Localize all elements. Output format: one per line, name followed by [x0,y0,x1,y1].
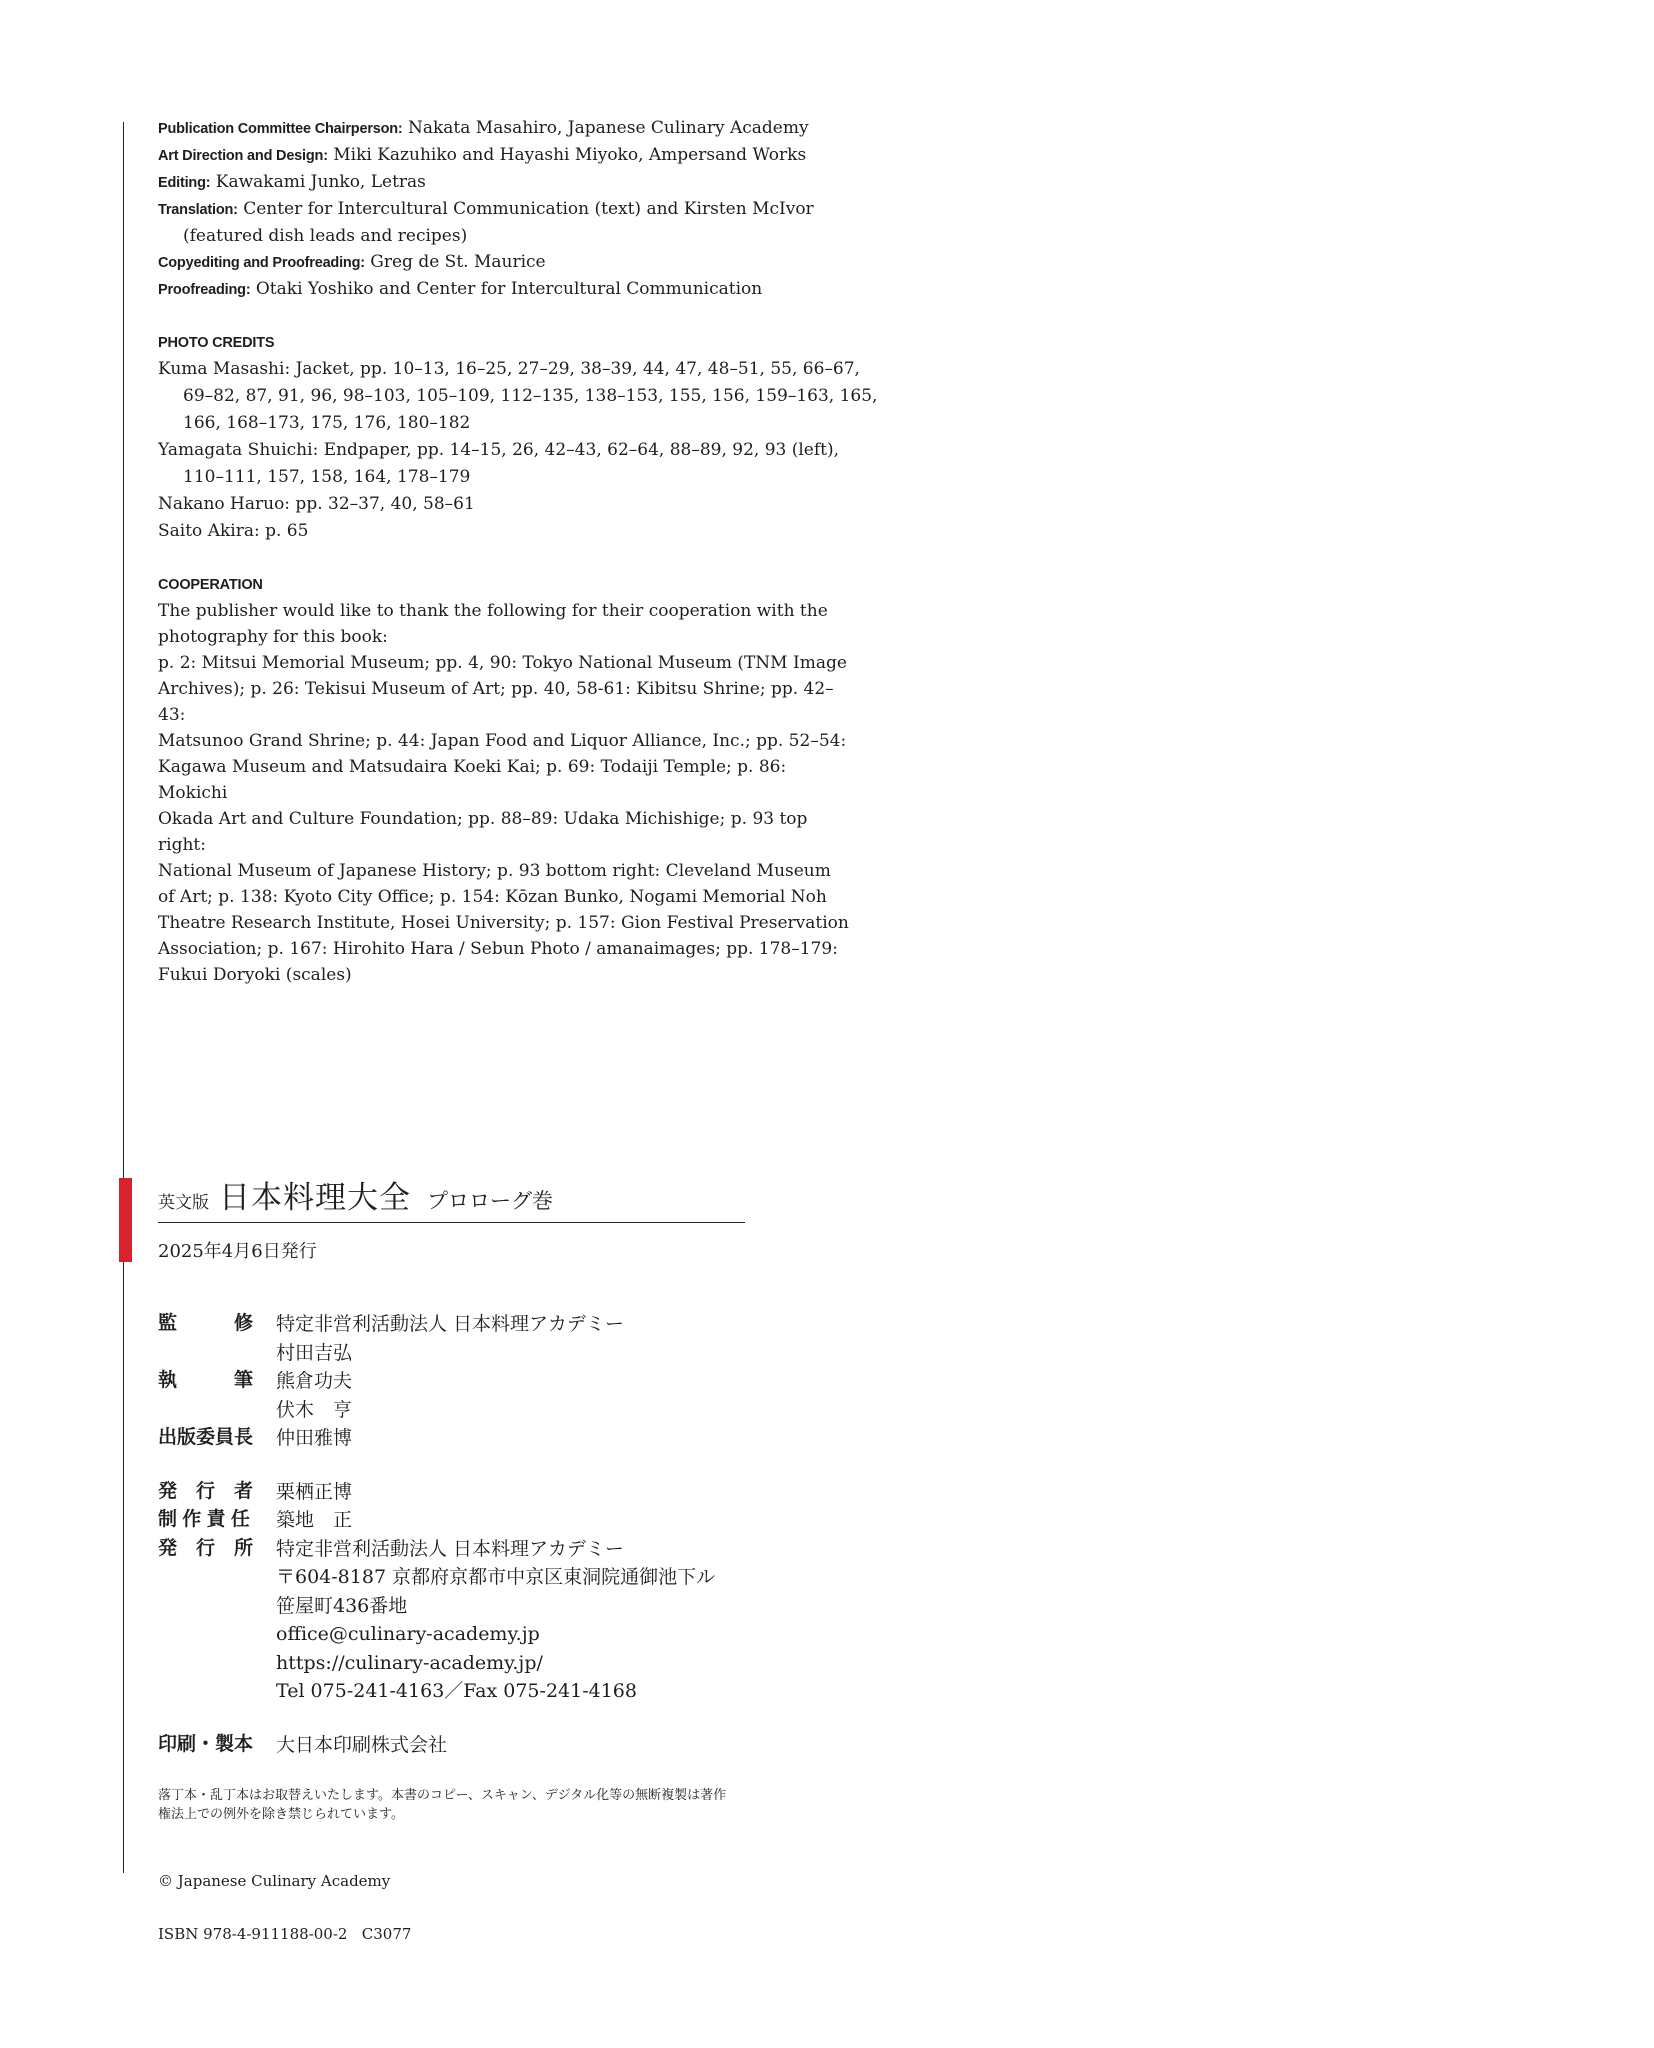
photo-credits-section: PHOTO CREDITS Kuma Masashi: Jacket, pp. … [158,330,898,545]
colophon-row: 発 行 所特定非営利活動法人 日本料理アカデミー [158,1535,715,1564]
photo-credit-line: Saito Akira: p. 65 [158,518,898,545]
colophon-row-value publisher-address: 笹屋町436番地 [276,1592,407,1621]
left-margin-rule [123,122,124,1873]
credit-value: Nakata Masahiro, Japanese Culinary Acade… [408,118,809,138]
colophon-row: 〒604-8187 京都府京都市中京区東洞院通御池下ル [158,1563,715,1592]
colophon-row-label: 出版委員長 [158,1424,276,1453]
cooperation-line: photography for this book: [158,624,858,650]
credit-line: Editing: Kawakami Junko, Letras [158,169,898,196]
photo-credit-line: Kuma Masashi: Jacket, pp. 10–13, 16–25, … [158,356,898,383]
photo-credits-heading: PHOTO CREDITS [158,330,898,356]
colophon-row-label [158,1677,276,1706]
colophon-row-value publisher-address: 〒604-8187 京都府京都市中京区東洞院通御池下ル [276,1563,715,1592]
credit-label: Editing: [158,175,210,191]
cooperation-heading: COOPERATION [158,572,858,598]
cooperation-line: Association; p. 167: Hirohito Hara / Seb… [158,936,858,962]
credit-value: Center for Intercultural Communication (… [243,199,814,219]
colophon-row-label [158,1396,276,1425]
colophon-row-label [158,1339,276,1368]
colophon-row: 監 修特定非営利活動法人 日本料理アカデミー [158,1310,715,1339]
red-accent-bar [119,1178,132,1262]
colophon-page: Publication Committee Chairperson: Nakat… [0,0,1654,2048]
credit-line: Art Direction and Design: Miki Kazuhiko … [158,142,898,169]
colophon-row-value: 村田吉弘 [276,1339,352,1368]
cooperation-line: Fukui Doryoki (scales) [158,962,858,988]
isbn-line: ISBN 978-4-911188-00-2 C3077 [158,1926,411,1944]
cooperation-section: COOPERATION The publisher would like to … [158,572,858,988]
photo-credit-line: 110–111, 157, 158, 164, 178–179 [158,464,898,491]
cooperation-line: Kagawa Museum and Matsudaira Koeki Kai; … [158,754,858,806]
colophon-row-label [158,1649,276,1678]
book-title: 日本料理大全 [219,1172,411,1217]
legal-notice: 落丁本・乱丁本はお取替えいたします。本書のコピー、スキャン、デジタル化等の無断複… [158,1785,838,1823]
colophon-row: 笹屋町436番地 [158,1592,715,1621]
credit-value: Otaki Yoshiko and Center for Intercultur… [256,279,762,299]
colophon-row-value: 特定非営利活動法人 日本料理アカデミー [276,1310,624,1339]
cooperation-line: p. 2: Mitsui Memorial Museum; pp. 4, 90:… [158,650,858,676]
colophon-row: 発 行 者栗栖正博 [158,1478,715,1507]
credit-line-continuation: (featured dish leads and recipes) [158,223,898,249]
credit-line: Copyediting and Proofreading: Greg de St… [158,249,898,276]
copyright-line: © Japanese Culinary Academy [158,1873,411,1891]
photo-credit-line: 69–82, 87, 91, 96, 98–103, 105–109, 112–… [158,383,898,410]
photo-credit-line: Nakano Haruo: pp. 32–37, 40, 58–61 [158,491,898,518]
colophon-row: 印刷・製本大日本印刷株式会社 [158,1731,715,1760]
credit-line: Publication Committee Chairperson: Nakat… [158,115,898,142]
colophon-row-label: 発 行 者 [158,1478,276,1507]
colophon-row-label: 監 修 [158,1310,276,1339]
publication-credits: Publication Committee Chairperson: Nakat… [158,115,898,303]
colophon-row-label: 制 作 責 任 [158,1506,276,1535]
colophon-row-label: 執 筆 [158,1367,276,1396]
cooperation-line: of Art; p. 138: Kyoto City Office; p. 15… [158,884,858,910]
colophon-row-value: 築地 正 [276,1506,352,1535]
colophon-row: 執 筆熊倉功夫 [158,1367,715,1396]
colophon-row-value: 熊倉功夫 [276,1367,352,1396]
publisher-email: office@culinary-academy.jp [276,1620,540,1649]
colophon-row-value: 特定非営利活動法人 日本料理アカデミー [276,1535,624,1564]
copyright-isbn-block: © Japanese Culinary Academy ISBN 978-4-9… [158,1838,411,1978]
colophon-row-label: 発 行 所 [158,1535,276,1564]
cooperation-line: Okada Art and Culture Foundation; pp. 88… [158,806,858,858]
cooperation-line: Theatre Research Institute, Hosei Univer… [158,910,858,936]
colophon-row: 伏木 亨 [158,1396,715,1425]
book-title-block: 英文版 日本料理大全 プロローグ巻 [158,1172,745,1223]
issue-date: 2025年4月6日発行 [158,1237,317,1263]
colophon-row-value: 栗栖正博 [276,1478,352,1507]
edition-label: 英文版 [158,1188,209,1213]
credit-label: Copyediting and Proofreading: [158,255,365,271]
cooperation-line: Archives); p. 26: Tekisui Museum of Art;… [158,676,858,728]
colophon-row: 出版委員長仲田雅博 [158,1424,715,1453]
colophon-row-label [158,1620,276,1649]
book-subtitle: プロローグ巻 [427,1185,553,1215]
colophon-row-value: 大日本印刷株式会社 [276,1731,447,1760]
colophon-row: Tel 075-241-4163／Fax 075-241-4168 [158,1677,715,1706]
colophon-row: https://culinary-academy.jp/ [158,1649,715,1678]
credit-line: Proofreading: Otaki Yoshiko and Center f… [158,276,898,303]
photo-credit-line: Yamagata Shuichi: Endpaper, pp. 14–15, 2… [158,437,898,464]
colophon-row-label [158,1592,276,1621]
japanese-colophon-rows: 監 修特定非営利活動法人 日本料理アカデミー 村田吉弘 執 筆熊倉功夫 伏木 亨… [158,1310,715,1759]
colophon-row-label [158,1563,276,1592]
credit-label: Translation: [158,202,238,218]
credit-label: Publication Committee Chairperson: [158,121,403,137]
credit-line: Translation: Center for Intercultural Co… [158,196,898,223]
colophon-row: office@culinary-academy.jp [158,1620,715,1649]
colophon-row: 制 作 責 任築地 正 [158,1506,715,1535]
credit-value: Greg de St. Maurice [370,252,545,272]
photo-credit-line: 166, 168–173, 175, 176, 180–182 [158,410,898,437]
legal-notice-line: 落丁本・乱丁本はお取替えいたします。本書のコピー、スキャン、デジタル化等の無断複… [158,1785,838,1804]
credit-label: Proofreading: [158,282,250,298]
colophon-row: 村田吉弘 [158,1339,715,1368]
colophon-row-value: 仲田雅博 [276,1424,352,1453]
cooperation-line: Matsunoo Grand Shrine; p. 44: Japan Food… [158,728,858,754]
publisher-website: https://culinary-academy.jp/ [276,1649,543,1678]
credit-value: Kawakami Junko, Letras [216,172,426,192]
publisher-phone-fax: Tel 075-241-4163／Fax 075-241-4168 [276,1677,637,1706]
colophon-row-label: 印刷・製本 [158,1731,276,1760]
colophon-row-value: 伏木 亨 [276,1396,352,1425]
cooperation-line: The publisher would like to thank the fo… [158,598,858,624]
credit-value: Miki Kazuhiko and Hayashi Miyoko, Ampers… [333,145,806,165]
cooperation-line: National Museum of Japanese History; p. … [158,858,858,884]
credit-label: Art Direction and Design: [158,148,328,164]
legal-notice-line: 権法上での例外を除き禁じられています。 [158,1804,838,1823]
